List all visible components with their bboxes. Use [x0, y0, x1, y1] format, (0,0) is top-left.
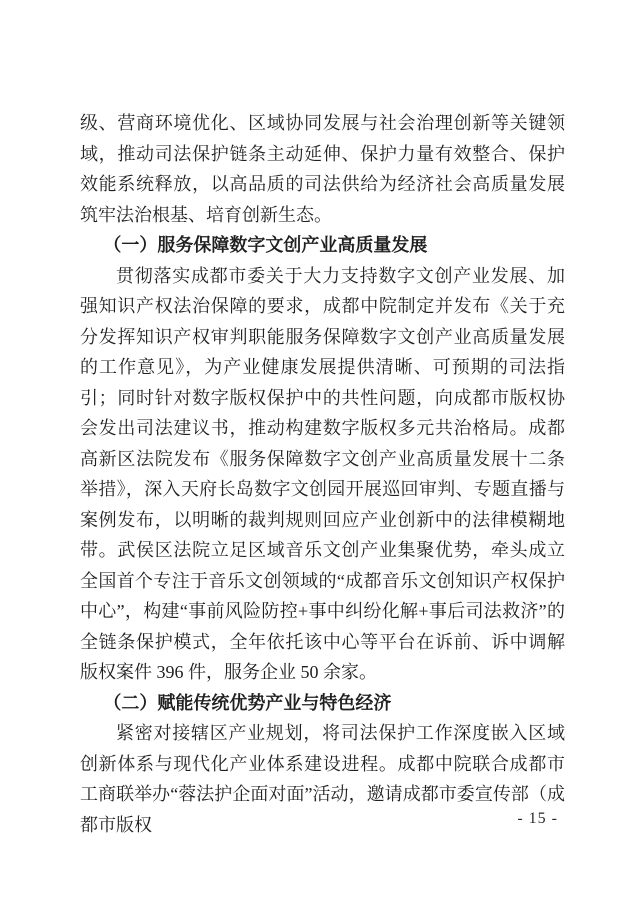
- section-heading-1: （一）服务保障数字文创产业高质量发展: [80, 230, 565, 261]
- section-heading-2: （二）赋能传统优势产业与特色经济: [80, 688, 565, 719]
- page-number: - 15 -: [0, 810, 635, 828]
- paragraph-continuation: 级、营商环境优化、区域协同发展与社会治理创新等关键领域，推动司法保护链条主动延伸…: [80, 108, 565, 230]
- document-page: 级、营商环境优化、区域协同发展与社会治理创新等关键领域，推动司法保护链条主动延伸…: [0, 0, 635, 898]
- paragraph-digital-culture: 贯彻落实成都市委关于大力支持数字文创产业发展、加强知识产权法治保障的要求，成都中…: [80, 261, 565, 688]
- document-content: 级、营商环境优化、区域协同发展与社会治理创新等关键领域，推动司法保护链条主动延伸…: [80, 108, 565, 840]
